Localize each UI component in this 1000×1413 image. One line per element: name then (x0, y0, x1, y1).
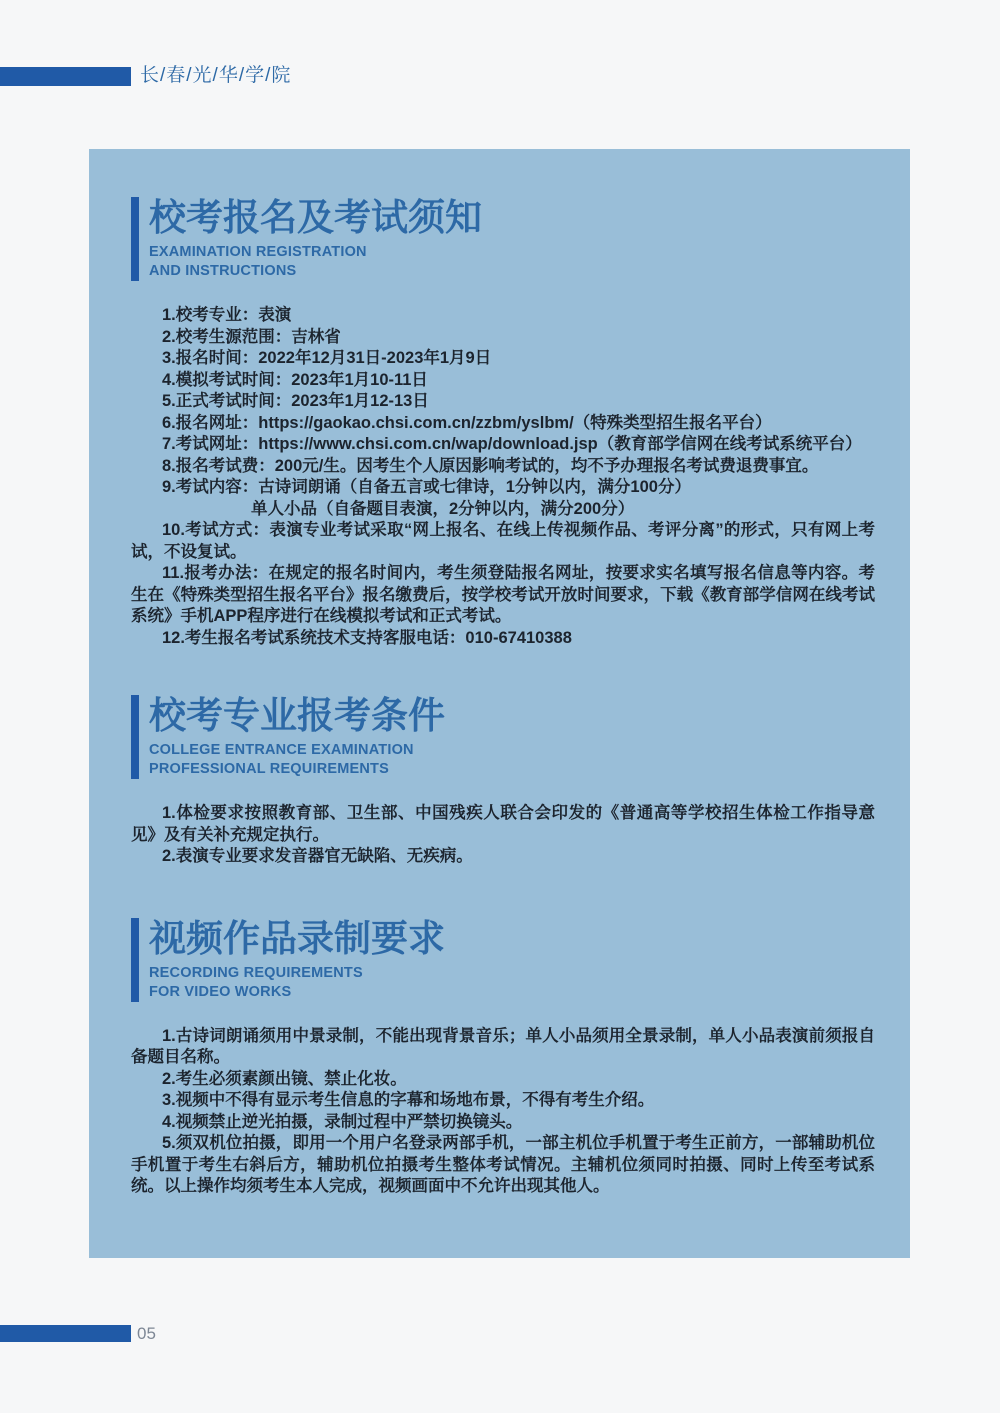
list-item: 12.考生报名考试系统技术支持客服电话：010-67410388 (131, 628, 875, 650)
header-accent-bar (0, 67, 131, 86)
section-body: 1.古诗词朗诵须用中景录制，不能出现背景音乐；单人小品须用全景录制，单人小品表演… (131, 1026, 875, 1198)
list-item: 6.报名网址：https://gaokao.chsi.com.cn/zzbm/y… (131, 413, 875, 435)
section-exam-registration: 校考报名及考试须知 EXAMINATION REGISTRATION AND I… (131, 197, 875, 649)
list-item: 1.体检要求按照教育部、卫生部、中国残疾人联合会印发的《普通高等学校招生体检工作… (131, 803, 875, 846)
page-number: 05 (137, 1324, 156, 1343)
section-subtitle-line2: PROFESSIONAL REQUIREMENTS (149, 760, 875, 779)
section-subtitle-line2: FOR VIDEO WORKS (149, 983, 875, 1002)
section-body: 1.体检要求按照教育部、卫生部、中国残疾人联合会印发的《普通高等学校招生体检工作… (131, 803, 875, 868)
footer-accent-bar (0, 1325, 131, 1342)
section-title: 校考报名及考试须知 (149, 197, 875, 239)
list-item: 1.古诗词朗诵须用中景录制，不能出现背景音乐；单人小品须用全景录制，单人小品表演… (131, 1026, 875, 1069)
section-subtitle-line1: RECORDING REQUIREMENTS (149, 964, 875, 983)
list-item: 5.须双机位拍摄，即用一个用户名登录两部手机，一部主机位手机置于考生正前方，一部… (131, 1133, 875, 1198)
list-item-continuation: 单人小品（自备题目表演，2分钟以内，满分200分） (131, 499, 875, 521)
list-item: 3.视频中不得有显示考生信息的字幕和场地布景，不得有考生介绍。 (131, 1090, 875, 1112)
list-item: 9.考试内容：古诗词朗诵（自备五言或七律诗，1分钟以内，满分100分） (131, 477, 875, 499)
section-body: 1.校考专业：表演 2.校考生源范围：吉林省 3.报名时间：2022年12月31… (131, 305, 875, 649)
section-header: 校考专业报考条件 COLLEGE ENTRANCE EXAMINATION PR… (131, 695, 875, 779)
list-item: 4.模拟考试时间：2023年1月10-11日 (131, 370, 875, 392)
section-subtitle: COLLEGE ENTRANCE EXAMINATION PROFESSIONA… (149, 741, 875, 779)
section-subtitle-line2: AND INSTRUCTIONS (149, 262, 875, 281)
list-item: 1.校考专业：表演 (131, 305, 875, 327)
list-item: 2.校考生源范围：吉林省 (131, 327, 875, 349)
section-video-recording-requirements: 视频作品录制要求 RECORDING REQUIREMENTS FOR VIDE… (131, 918, 875, 1198)
section-header: 视频作品录制要求 RECORDING REQUIREMENTS FOR VIDE… (131, 918, 875, 1002)
list-item: 3.报名时间：2022年12月31日-2023年1月9日 (131, 348, 875, 370)
list-item: 7.考试网址：https://www.chsi.com.cn/wap/downl… (131, 434, 875, 456)
section-application-conditions: 校考专业报考条件 COLLEGE ENTRANCE EXAMINATION PR… (131, 695, 875, 868)
section-title: 校考专业报考条件 (149, 695, 875, 737)
list-item: 10.考试方式：表演专业考试采取“网上报名、在线上传视频作品、考评分离”的形式，… (131, 520, 875, 563)
section-subtitle: EXAMINATION REGISTRATION AND INSTRUCTION… (149, 243, 875, 281)
list-item: 2.表演专业要求发音器官无缺陷、无疾病。 (131, 846, 875, 868)
list-item: 8.报名考试费：200元/生。因考生个人原因影响考试的，均不予办理报名考试费退费… (131, 456, 875, 478)
section-subtitle-line1: EXAMINATION REGISTRATION (149, 243, 875, 262)
list-item: 11.报考办法：在规定的报名时间内，考生须登陆报名网址，按要求实名填写报名信息等… (131, 563, 875, 628)
section-title: 视频作品录制要求 (149, 918, 875, 960)
section-header: 校考报名及考试须知 EXAMINATION REGISTRATION AND I… (131, 197, 875, 281)
content-panel: 校考报名及考试须知 EXAMINATION REGISTRATION AND I… (89, 149, 910, 1258)
section-subtitle: RECORDING REQUIREMENTS FOR VIDEO WORKS (149, 964, 875, 1002)
list-item: 5.正式考试时间：2023年1月12-13日 (131, 391, 875, 413)
list-item: 2.考生必须素颜出镜、禁止化妆。 (131, 1069, 875, 1091)
section-subtitle-line1: COLLEGE ENTRANCE EXAMINATION (149, 741, 875, 760)
list-item: 4.视频禁止逆光拍摄，录制过程中严禁切换镜头。 (131, 1112, 875, 1134)
school-name: 长/春/光/华/学/院 (140, 65, 291, 87)
